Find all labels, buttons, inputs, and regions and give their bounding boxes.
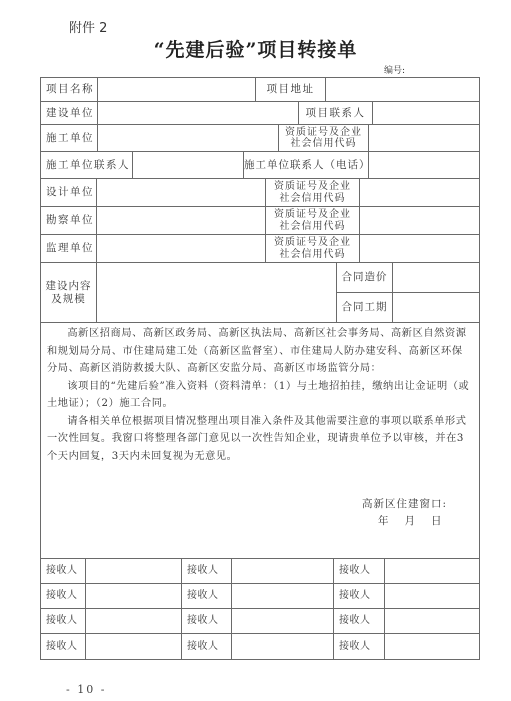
design-unit-label: 设计单位 [40, 178, 97, 207]
design-qualification-field[interactable] [359, 178, 480, 207]
qualification-line-1: 资质证号及企业 [274, 209, 351, 221]
supervision-unit-field[interactable] [96, 234, 266, 263]
receiver-field[interactable] [85, 558, 182, 584]
receiver-field[interactable] [231, 633, 334, 660]
supervision-unit-label: 监理单位 [40, 234, 97, 263]
receiver-label: 接收人 [333, 558, 385, 584]
qualification-line-1: 资质证号及企业 [274, 237, 351, 249]
contract-price-label: 合同造价 [336, 262, 393, 293]
notice-materials: 该项目的“先建后验”准入资料（资料清单：（1）与土地招拍挂，缴纳出让金证明（或土… [47, 378, 473, 413]
notice-recipients: 高新区招商局、高新区政务局、高新区执法局、高新区社会事务局、高新区自然资源和规划… [47, 325, 473, 378]
receiver-field[interactable] [85, 583, 182, 609]
receiver-label: 接收人 [333, 633, 385, 660]
supervision-qualification-field[interactable] [359, 234, 480, 263]
receiver-field[interactable] [384, 583, 480, 609]
receiver-label: 接收人 [181, 583, 232, 609]
builder-qualification-field[interactable] [368, 124, 480, 152]
receiver-field[interactable] [231, 608, 334, 634]
builder-contact-phone-field[interactable] [368, 151, 480, 179]
date-year: 年 [378, 515, 389, 527]
project-name-label: 项目名称 [40, 77, 98, 102]
notice-request: 请各相关单位根据项目情况整理出项目准入条件及其他需要注意的事项以联系单形式一次性… [47, 413, 473, 466]
survey-unit-field[interactable] [96, 206, 266, 235]
scope-field[interactable] [96, 262, 337, 323]
project-name-field[interactable] [97, 77, 256, 102]
qualification-line-1: 资质证号及企业 [285, 127, 362, 139]
scope-label-line-2: 及规模 [51, 293, 86, 305]
date-month: 月 [405, 515, 416, 527]
receiver-label: 接收人 [40, 633, 86, 660]
builder-unit-label: 施工单位 [40, 124, 98, 152]
qualification-line-1: 资质证号及企业 [274, 181, 351, 193]
receiver-field[interactable] [85, 633, 182, 660]
receiver-label: 接收人 [333, 608, 385, 634]
attachment-label: 附件 2 [69, 17, 107, 36]
contract-price-field[interactable] [392, 262, 480, 293]
scope-label: 建设内容 及规模 [40, 262, 97, 323]
receiver-label: 接收人 [333, 583, 385, 609]
builder-contact-field[interactable] [132, 151, 244, 179]
survey-qualification-field[interactable] [359, 206, 480, 235]
contract-period-field[interactable] [392, 292, 480, 323]
qualification-line-2: 社会信用代码 [280, 193, 346, 205]
project-contact-label: 项目联系人 [298, 101, 373, 125]
receiver-field[interactable] [384, 633, 480, 660]
receiver-label: 接收人 [40, 558, 86, 584]
builder-contact-phone-label: 施工单位联系人（电话） [243, 151, 369, 179]
receiver-label: 接收人 [181, 608, 232, 634]
construction-unit-label: 建设单位 [40, 101, 98, 125]
builder-contact-label: 施工单位联系人 [40, 151, 133, 179]
serial-number-label: 编号: [384, 63, 405, 76]
receiver-label: 接收人 [181, 633, 232, 660]
date-day: 日 [431, 515, 442, 527]
construction-unit-field[interactable] [97, 101, 299, 125]
project-address-field[interactable] [325, 77, 480, 102]
receiver-field[interactable] [231, 558, 334, 584]
signature-window: 高新区住建窗口: [362, 496, 447, 511]
receiver-label: 接收人 [181, 558, 232, 584]
qualification-line-2: 社会信用代码 [280, 249, 346, 261]
scope-label-line-1: 建设内容 [46, 280, 92, 292]
signature-date: 年月日 [378, 513, 458, 528]
survey-qualification-label: 资质证号及企业 社会信用代码 [265, 206, 360, 235]
project-contact-field[interactable] [372, 101, 480, 125]
receiver-field[interactable] [384, 608, 480, 634]
project-address-label: 项目地址 [255, 77, 326, 102]
receiver-label: 接收人 [40, 583, 86, 609]
receiver-field[interactable] [384, 558, 480, 584]
qualification-line-2: 社会信用代码 [291, 138, 357, 150]
receiver-label: 接收人 [40, 608, 86, 634]
page-number: - 10 - [66, 683, 106, 696]
builder-qualification-label: 资质证号及企业 社会信用代码 [278, 124, 369, 152]
contract-period-label: 合同工期 [336, 292, 393, 323]
supervision-qualification-label: 资质证号及企业 社会信用代码 [265, 234, 360, 263]
qualification-line-2: 社会信用代码 [280, 221, 346, 233]
form-title: “先建后验”项目转接单 [0, 35, 511, 62]
builder-unit-field[interactable] [97, 124, 279, 152]
design-unit-field[interactable] [96, 178, 266, 207]
survey-unit-label: 勘察单位 [40, 206, 97, 235]
receiver-field[interactable] [85, 608, 182, 634]
receiver-field[interactable] [231, 583, 334, 609]
design-qualification-label: 资质证号及企业 社会信用代码 [265, 178, 360, 207]
